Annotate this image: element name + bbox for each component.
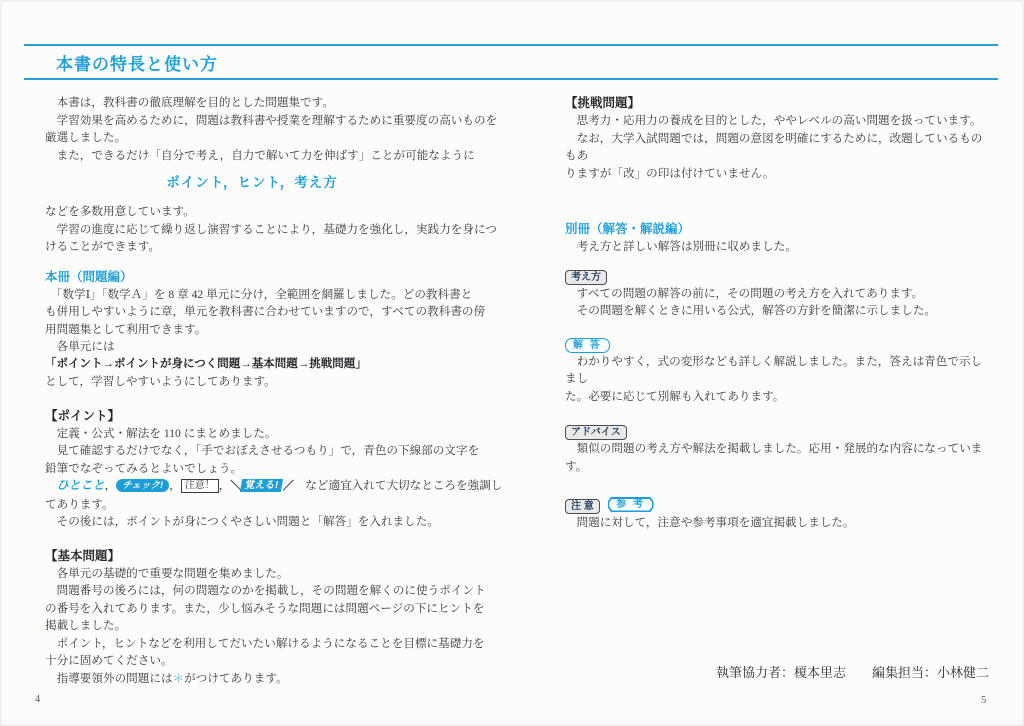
main-volume-paragraph-after: として，学習しやすいようにしてあります。 <box>45 373 509 391</box>
notes-paragraph: 問題に対して，注意や参考事項を適宜掲載しました。 <box>565 514 989 532</box>
star-line-post: がつけてあります。 <box>184 672 287 685</box>
learning-flow-line: 「ポイント→ポイントが身につく問題→基本問題→挑戦問題」 <box>45 356 509 374</box>
page-number-left: 4 <box>35 694 40 705</box>
page-number-right: 5 <box>981 695 986 706</box>
separate-volume-paragraph: 考え方と詳しい解答は別冊に収めました。 <box>565 238 989 256</box>
kaitou-tag: 解 答 <box>565 338 610 353</box>
intro-paragraph-2: などを多数用意しています。 学習の進度に応じて繰り返し演習することにより，基礎力… <box>45 203 509 256</box>
left-page-column: 本書は，教科書の徹底理解を目的とした問題集です。 学習効果を高めるために，問題は… <box>45 89 509 687</box>
page-title: 本書の特長と使い方 <box>56 50 218 75</box>
advice-tag: アドバイス <box>565 425 627 440</box>
main-volume-paragraph: 「数学Ⅰ」「数学Ａ」を 8 章 42 単元に分け，全範囲を網羅しました。どの教科… <box>45 286 509 356</box>
hitokoto-badge: ひとこと <box>57 478 105 492</box>
notes-tag-row: 注 意参 考 <box>565 497 989 514</box>
right-page-column: 【挑戦問題】 思考力・応用力の養成を目的とした，ややレベルの高い問題を扱っていま… <box>565 89 989 532</box>
header-rule-bottom <box>24 78 998 80</box>
kangaekata-tag-row: 考え方 <box>565 268 989 285</box>
point-paragraph-after: てあります。 その後には，ポイントが身につくやさしい問題と「解答」を入れました。 <box>45 496 509 531</box>
kaitou-tag-row: 解 答 <box>565 336 989 353</box>
advice-tag-row: アドバイス <box>565 423 989 440</box>
section-heading-basic: 【基本問題】 <box>45 547 509 565</box>
chuui-tag: 注 意 <box>565 499 600 514</box>
point-paragraph: 定義・公式・解法を 110 にまとめました。 見て確認するだけでなく，「手でおぼ… <box>45 425 509 478</box>
section-heading-main-volume: 本冊（問題編） <box>45 268 509 286</box>
section-heading-point: 【ポイント】 <box>45 407 509 425</box>
section-heading-challenge: 【挑戦問題】 <box>565 94 989 112</box>
section-heading-separate-volume: 別冊（解答・解説編） <box>565 220 989 238</box>
advice-paragraph: 類似の問題の考え方や解法を掲載しました。応用・発展的な内容になっています。 <box>565 440 989 475</box>
comma: ， <box>219 479 231 492</box>
credits-line: 執筆協力者：榎本里志 編集担当：小林健二 <box>565 662 989 681</box>
kangaekata-paragraph: すべての問題の解答の前に，その問題の考え方を入れてあります。 その問題を解くとき… <box>565 285 989 320</box>
intro-paragraph: 本書は，教科書の徹底理解を目的とした問題集です。 学習効果を高めるために，問題は… <box>45 94 509 164</box>
header-rule-top <box>24 44 998 46</box>
comma: ， <box>105 479 117 492</box>
sankou-tag: 参 考 <box>608 497 654 512</box>
slash-mark: ／ <box>283 480 294 492</box>
badge-line-tail: など適宜入れて大切なところを強調し <box>294 479 503 492</box>
asterisk-mark: ＊ <box>173 672 185 685</box>
out-of-guideline-line: 指導要領外の問題には＊がつけてあります。 <box>45 670 509 688</box>
book-spread-page: { "colors": { "accent": "#1e9ed8", "body… <box>0 0 1024 726</box>
kaitou-paragraph: わかりやすく，式の変形なども詳しく解説しました。また，答えは青色で示しまし た。… <box>565 353 989 406</box>
check-badge: チェック! <box>116 479 169 492</box>
sankou-tag-label: 参 考 <box>609 499 652 511</box>
star-line-pre: 指導要領外の問題には <box>45 672 173 685</box>
kangaekata-tag: 考え方 <box>565 270 607 285</box>
highlight-keywords: ポイント，ヒント，考え方 <box>45 173 509 193</box>
chuui-badge: 注意！ <box>181 479 219 493</box>
indent-space <box>45 479 57 492</box>
oboeru-badge: 覚える! <box>240 479 284 492</box>
emphasis-badges-line: ひとこと，チェック!，注意！，＼覚える!／ など適宜入れて大切なところを強調し <box>45 477 509 496</box>
challenge-paragraph: 思考力・応用力の養成を目的とした，ややレベルの高い問題を扱っています。 なお，大… <box>565 112 989 182</box>
comma: ， <box>169 479 181 492</box>
basic-paragraph: 各単元の基礎的で重要な問題を集めました。 問題番号の後ろには，何の問題なのかを掲… <box>45 565 509 670</box>
